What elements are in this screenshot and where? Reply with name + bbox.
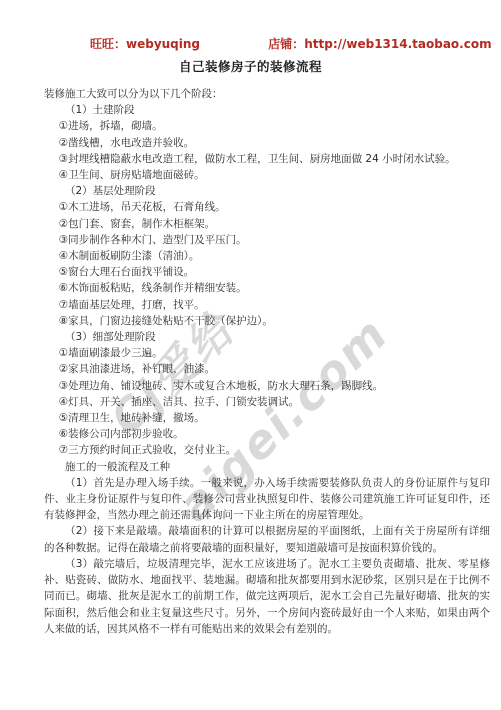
process-paragraph: （1）首先是办理入场手续。一般来说，办入场手续需要装修队负责人的身份证原件与复印… xyxy=(44,475,490,524)
stage-item: ①木工进场，吊天花板，石膏角线。 xyxy=(44,199,490,215)
stage-section-2: （2）基层处理阶段 ①木工进场，吊天花板，石膏角线。 ②包门套、窗套，制作木柜框… xyxy=(44,183,490,329)
stage-item: ⑥木饰面板粘贴，线条制作并精细安装。 xyxy=(44,280,490,296)
process-heading: 施工的一般流程及工种 xyxy=(44,459,490,475)
stage-item: ②家具油漆进场，补钉眼，油漆。 xyxy=(44,361,490,377)
document-body: 装修施工大致可以分为以下几个阶段： （1）土建阶段 ①进场，拆墙，砌墙。 ②凿线… xyxy=(44,86,490,637)
document-page: Cj爱给 aigei.com 旺旺：webyuqing 店铺：http://we… xyxy=(0,0,501,710)
process-paragraph: （3）敲完墙后，垃圾清理完毕，泥水工应该进场了。泥水工主要负责砌墙、批灰、零星修… xyxy=(44,556,490,637)
intro-line: 装修施工大致可以分为以下几个阶段： xyxy=(44,86,490,102)
stage-item: ③同步制作各种木门、造型门及平压门。 xyxy=(44,232,490,248)
stage-item: ③处理边角、铺设地砖、实木或复合木地板，防水大理石条，踢脚线。 xyxy=(44,378,490,394)
stage-item: ⑤窗台大理石台面找平铺设。 xyxy=(44,264,490,280)
stage-item: ①墙面刷漆最少三遍。 xyxy=(44,345,490,361)
stage-item: ⑦墙面基层处理，打磨，找平。 xyxy=(44,297,490,313)
process-section: 施工的一般流程及工种 （1）首先是办理入场手续。一般来说，办入场手续需要装修队负… xyxy=(44,459,490,637)
stage-section-1: （1）土建阶段 ①进场，拆墙，砌墙。 ②凿线槽，水电改造并验收。 ③封埋线槽隐蔽… xyxy=(44,102,490,183)
process-paragraph: （2）接下来是敲墙。敲墙面积的计算可以根据房屋的平面图纸，上面有关于房屋所有详细… xyxy=(44,523,490,555)
stage-item: ④卫生间、厨房贴墙地面磁砖。 xyxy=(44,167,490,183)
stage-item: ⑥装修公司内部初步验收。 xyxy=(44,426,490,442)
stage-heading: （1）土建阶段 xyxy=(44,102,490,118)
shop-url: 店铺：http://web1314.taobao.com xyxy=(268,37,491,51)
stage-item: ③封埋线槽隐蔽水电改造工程，做防水工程，卫生间、厨房地面做 24 小时闭水试验。 xyxy=(44,151,490,167)
stage-item: ④木制面板刷防尘漆（清油）。 xyxy=(44,248,490,264)
stage-item: ②包门套、窗套，制作木柜框架。 xyxy=(44,216,490,232)
stage-item: ②凿线槽，水电改造并验收。 xyxy=(44,135,490,151)
stage-heading: （3）细部处理阶段 xyxy=(44,329,490,345)
stage-item: ④灯具、开关、插座、洁具、拉手、门锁安装调试。 xyxy=(44,394,490,410)
stage-heading: （2）基层处理阶段 xyxy=(44,183,490,199)
wangwang-contact: 旺旺：webyuqing xyxy=(90,37,200,51)
stage-item: ⑦三方预约时间正式验收，交付业主。 xyxy=(44,442,490,458)
stage-item: ⑧家具，门窗边接缝处粘贴不干胶（保护边）。 xyxy=(44,313,490,329)
page-title: 自己装修房子的装修流程 xyxy=(0,57,501,75)
doc-header: 旺旺：webyuqing 店铺：http://web1314.taobao.co… xyxy=(90,35,501,52)
stage-item: ⑤清理卫生，地砖补缝，撤场。 xyxy=(44,410,490,426)
stage-section-3: （3）细部处理阶段 ①墙面刷漆最少三遍。 ②家具油漆进场，补钉眼，油漆。 ③处理… xyxy=(44,329,490,459)
stage-item: ①进场，拆墙，砌墙。 xyxy=(44,118,490,134)
